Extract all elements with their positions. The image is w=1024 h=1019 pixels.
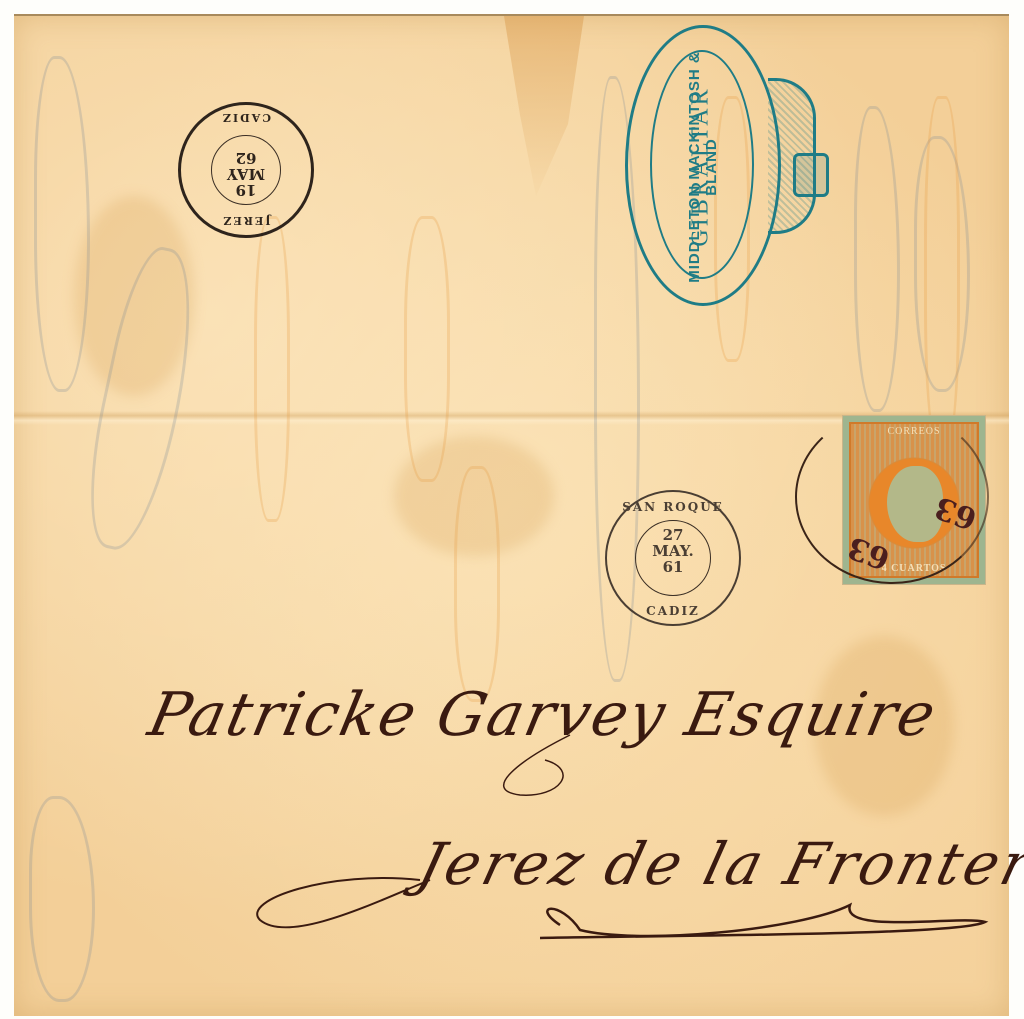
handwriting-flourishes xyxy=(0,0,1024,1019)
